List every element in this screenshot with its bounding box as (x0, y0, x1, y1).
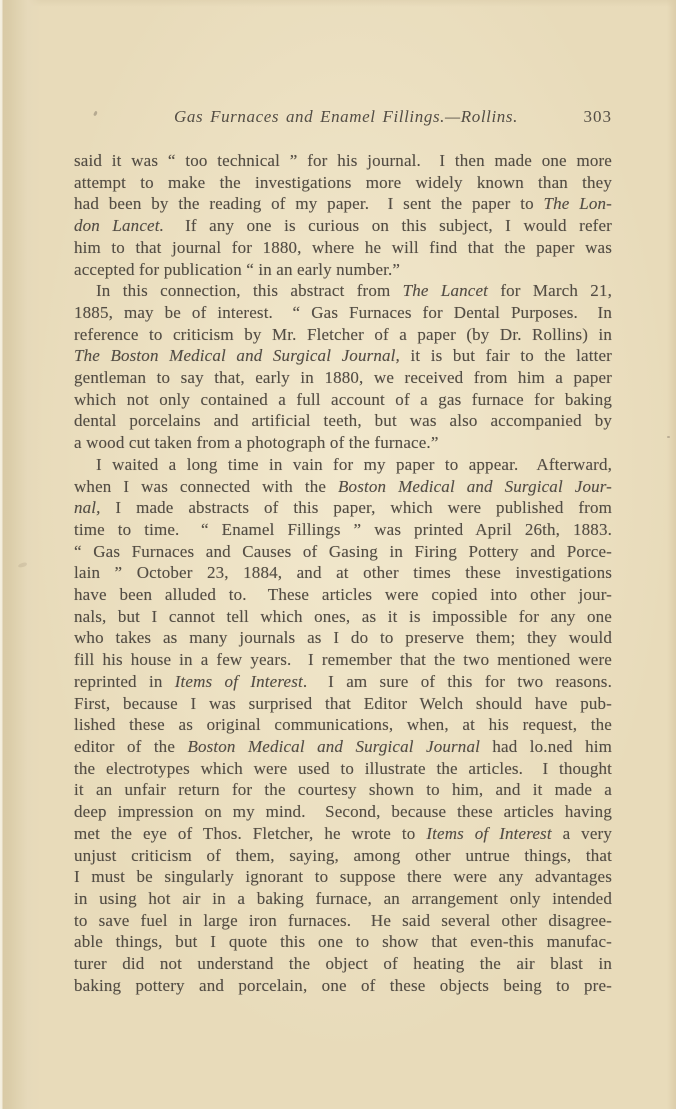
paragraph: I waited a long time in vain for my pape… (74, 454, 612, 997)
text-line: in using hot air in a baking furnace, an… (74, 888, 612, 910)
text-line: First, because I was surprised that Edit… (74, 693, 612, 715)
text-line: I waited a long time in vain for my pape… (74, 454, 612, 476)
paragraph: said it was “ too technical ” for his jo… (74, 150, 612, 280)
text-segment: for March 21, (488, 281, 612, 300)
text-line: who takes as many journals as I do to pr… (74, 627, 612, 649)
text-segment: gentleman to say that, early in 1880, we… (74, 368, 612, 387)
text-line: reprinted in Items of Interest. I am sur… (74, 671, 612, 693)
text-segment: have been alluded to. These articles wer… (74, 585, 612, 604)
text-line: met the eye of Thos. Fletcher, he wrote … (74, 823, 612, 845)
text-segment: accepted for publication “ in an early n… (74, 260, 400, 279)
text-line: a wood cut taken from a photograph of th… (74, 432, 612, 454)
text-segment: said it was “ too technical ” for his jo… (74, 151, 612, 170)
text-segment: reference to criticism by Mr. Fletcher o… (74, 325, 612, 344)
text-segment: it an unfair return for the courtesy sho… (74, 780, 612, 799)
text-segment: dental porcelains and artificial teeth, … (74, 411, 612, 430)
text-line: nals, but I cannot tell which ones, as i… (74, 606, 612, 628)
text-segment: a very (552, 824, 612, 843)
italic-text-segment: The Lon- (544, 194, 612, 213)
text-segment: 1885, may be of interest. “ Gas Furnaces… (74, 303, 612, 322)
text-line: when I was connected with the Boston Med… (74, 476, 612, 498)
italic-text-segment: Boston Medical and Surgical Jour- (338, 477, 612, 496)
page-number: 303 (584, 106, 613, 128)
text-segment: had been by the reading of my paper. I s… (74, 194, 544, 213)
text-segment: met the eye of Thos. Fletcher, he wrote … (74, 824, 426, 843)
text-segment: “ Gas Furnaces and Causes of Gasing in F… (74, 542, 612, 561)
paragraph: In this connection, this abstract from T… (74, 280, 612, 454)
text-segment: attempt to make the investigations more … (74, 173, 612, 192)
text-segment: unjust criticism of them, saying, among … (74, 846, 612, 865)
text-line: had been by the reading of my paper. I s… (74, 193, 612, 215)
text-segment: him to that journal for 1880, where he w… (74, 238, 612, 257)
text-segment: in using hot air in a baking furnace, an… (74, 889, 612, 908)
text-line: which not only contained a full account … (74, 389, 612, 411)
text-line: said it was “ too technical ” for his jo… (74, 150, 612, 172)
text-line: lished these as original communications,… (74, 714, 612, 736)
text-segment: In this connection, this abstract from (96, 281, 403, 300)
text-line: unjust criticism of them, saying, among … (74, 845, 612, 867)
italic-text-segment: The Lancet (403, 281, 488, 300)
text-segment: able things, but I quote this one to sho… (74, 932, 612, 951)
text-line: able things, but I quote this one to sho… (74, 931, 612, 953)
text-line: attempt to make the investigations more … (74, 172, 612, 194)
text-segment: First, because I was surprised that Edit… (74, 694, 612, 713)
text-line: don Lancet. If any one is curious on thi… (74, 215, 612, 237)
text-segment: it is but fair to the latter (400, 346, 612, 365)
italic-text-segment: The Boston Medical and Surgical Journal, (74, 346, 400, 365)
text-line: him to that journal for 1880, where he w… (74, 237, 612, 259)
text-segment: nals, but I cannot tell which ones, as i… (74, 607, 612, 626)
text-line: gentleman to say that, early in 1880, we… (74, 367, 612, 389)
paper-speck (18, 562, 28, 568)
text-line: In this connection, this abstract from T… (74, 280, 612, 302)
text-segment: lished these as original communications,… (74, 715, 612, 734)
text-line: time to time. “ Enamel Fillings ” was pr… (74, 519, 612, 541)
text-line: the electrotypes which were used to illu… (74, 758, 612, 780)
text-segment: lain ” October 23, 1884, and at other ti… (74, 563, 612, 582)
italic-text-segment: nal, (74, 498, 101, 517)
text-segment: fill his house in a few years. I remembe… (74, 650, 612, 669)
text-line: turer did not understand the object of h… (74, 953, 612, 975)
text-segment: which not only contained a full account … (74, 390, 612, 409)
page-content: Gas Furnaces and Enamel Fillings.—Rollin… (74, 106, 612, 996)
text-line: 1885, may be of interest. “ Gas Furnaces… (74, 302, 612, 324)
text-line: deep impression on my mind. Second, beca… (74, 801, 612, 823)
text-line: accepted for publication “ in an early n… (74, 259, 612, 281)
text-line: to save fuel in large iron furnaces. He … (74, 910, 612, 932)
text-line: baking pottery and porcelain, one of the… (74, 975, 612, 997)
text-line: The Boston Medical and Surgical Journal,… (74, 345, 612, 367)
italic-text-segment: Items of Interest (426, 824, 551, 843)
text-segment: . I am sure of this for two reasons. (303, 672, 612, 691)
text-segment: I made abstracts of this paper, which we… (101, 498, 612, 517)
text-segment: I must be singularly ignorant to suppose… (74, 867, 612, 886)
text-line: nal, I made abstracts of this paper, whi… (74, 497, 612, 519)
running-header-title: Gas Furnaces and Enamel Fillings.—Rollin… (74, 106, 612, 128)
text-segment: baking pottery and porcelain, one of the… (74, 976, 612, 995)
text-line: editor of the Boston Medical and Surgica… (74, 736, 612, 758)
text-line: fill his house in a few years. I remembe… (74, 649, 612, 671)
text-segment: deep impression on my mind. Second, beca… (74, 802, 612, 821)
text-segment: when I was connected with the (74, 477, 338, 496)
text-segment: I waited a long time in vain for my pape… (96, 455, 612, 474)
text-segment: who takes as many journals as I do to pr… (74, 628, 612, 647)
text-segment: had lo.ned him (480, 737, 612, 756)
italic-text-segment: Items of Interest (175, 672, 303, 691)
running-header: Gas Furnaces and Enamel Fillings.—Rollin… (74, 106, 612, 128)
text-block: said it was “ too technical ” for his jo… (74, 150, 612, 996)
text-line: dental porcelains and artificial teeth, … (74, 410, 612, 432)
text-segment: a wood cut taken from a photograph of th… (74, 433, 439, 452)
text-segment: turer did not understand the object of h… (74, 954, 612, 973)
italic-text-segment: don Lancet. (74, 216, 164, 235)
text-segment: the electrotypes which were used to illu… (74, 759, 612, 778)
text-line: reference to criticism by Mr. Fletcher o… (74, 324, 612, 346)
text-line: it an unfair return for the courtesy sho… (74, 779, 612, 801)
text-line: “ Gas Furnaces and Causes of Gasing in F… (74, 541, 612, 563)
paper-speck (667, 436, 670, 438)
text-segment: reprinted in (74, 672, 175, 691)
text-line: have been alluded to. These articles wer… (74, 584, 612, 606)
text-segment: to save fuel in large iron furnaces. He … (74, 911, 612, 930)
scanned-book-page: Gas Furnaces and Enamel Fillings.—Rollin… (0, 0, 676, 1109)
text-segment: If any one is curious on this subject, I… (164, 216, 612, 235)
text-line: I must be singularly ignorant to suppose… (74, 866, 612, 888)
text-segment: editor of the (74, 737, 187, 756)
text-segment: time to time. “ Enamel Fillings ” was pr… (74, 520, 612, 539)
text-line: lain ” October 23, 1884, and at other ti… (74, 562, 612, 584)
italic-text-segment: Boston Medical and Surgical Journal (187, 737, 480, 756)
